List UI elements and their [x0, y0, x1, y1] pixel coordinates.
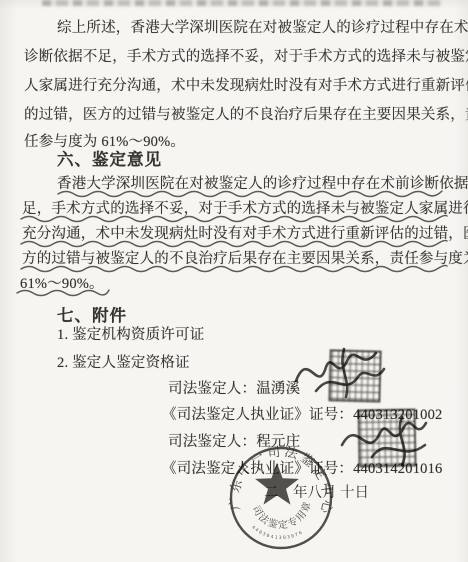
- appraiser1-signature: [288, 339, 388, 405]
- svg-text:司法鉴定专用章: 司法鉴定专用章: [249, 499, 314, 532]
- wavy-underline: [57, 188, 449, 198]
- appraiser2-signature: [332, 411, 432, 471]
- wavy-underline: [20, 213, 450, 223]
- summary-line: 综上所述，香港大学深圳医院在对被鉴定人的诊疗过程中存在术前: [57, 16, 468, 37]
- summary-line: 诊断依据不足，手术方式的选择不妥，对于手术方式的选择未与被鉴定: [24, 45, 468, 66]
- summary-line: 人家属进行充分沟通，术中未发现病灶时没有对手术方式进行重新评估: [24, 74, 468, 95]
- opinion-section-heading: 六、鉴定意见: [57, 146, 162, 170]
- wavy-underline: [20, 238, 450, 248]
- appraiser1-name-line: 司法鉴定人：温湧溪: [168, 377, 300, 398]
- judicial-appraisal-round-stamp: 广东中一司法鉴定中心 司法鉴定专用章 4403041303076: [226, 443, 338, 562]
- wavy-underline: [16, 287, 112, 297]
- attachment-item: 2. 鉴定人鉴定资格证: [57, 351, 190, 372]
- summary-line: 的过错，医方的过错与被鉴定人的不良治疗后果存在主要因果关系，责: [24, 103, 468, 124]
- scanned-document-page: 综上所述，香港大学深圳医院在对被鉴定人的诊疗过程中存在术前 诊断依据不足，手术方…: [0, 0, 468, 562]
- attachment-item: 1. 鉴定机构资质许可证: [57, 323, 204, 344]
- cutoff-line-smudge: [42, 0, 442, 6]
- star-icon: [255, 463, 299, 505]
- date-fragment: 十日: [340, 481, 369, 502]
- wavy-underline: [20, 263, 450, 273]
